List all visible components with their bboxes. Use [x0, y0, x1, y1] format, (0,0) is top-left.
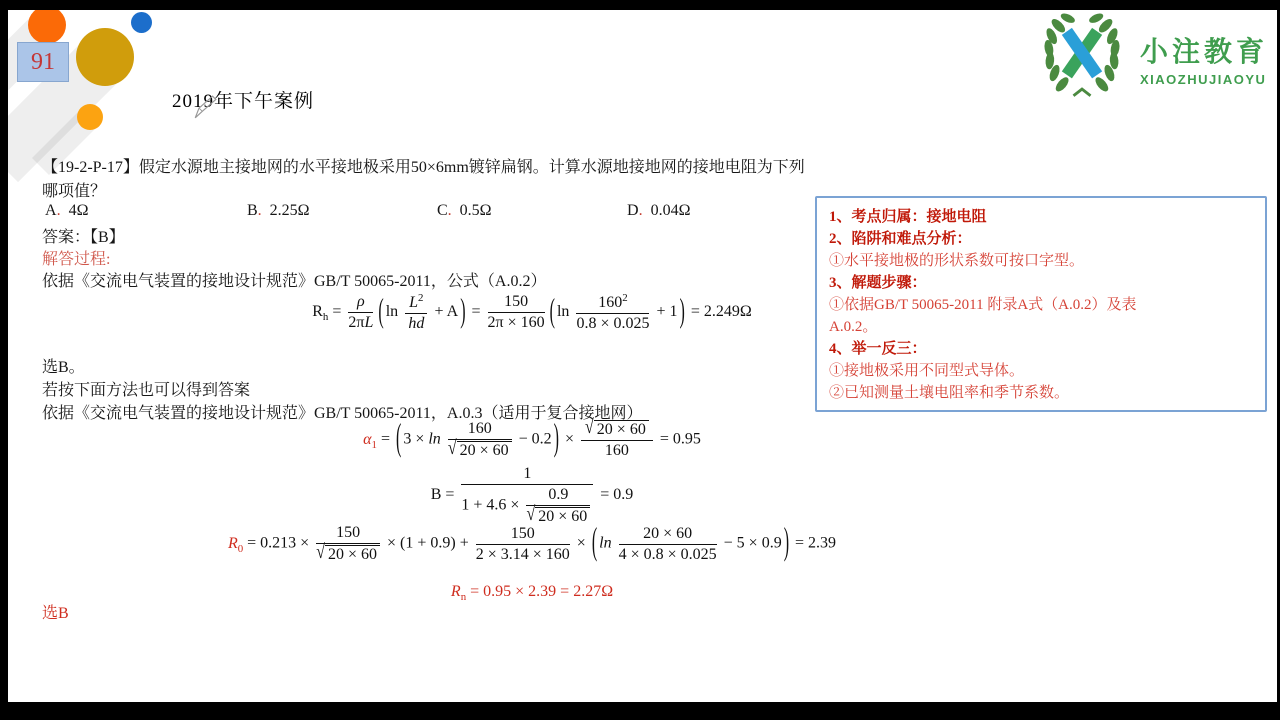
formula-token: = 0.95 × 2.39 = 2.27Ω: [466, 583, 613, 600]
formula-token: L: [409, 294, 418, 311]
note-line: 2、陷阱和难点分析：: [829, 228, 1253, 250]
note-line: 4、举一反三：: [829, 338, 1253, 360]
formula-token: 20 × 60: [460, 442, 509, 459]
formula-token: ln: [386, 303, 402, 320]
formula-r0: R0 = 0.213 × 150√20 × 60 × (1 + 0.9) + 1…: [42, 524, 1022, 564]
wreath-x-logo-icon: [1030, 10, 1134, 107]
note-line: ②已知测量土壤电阻率和季节系数。: [829, 382, 1253, 404]
blue-circle-decoration: [131, 12, 152, 33]
brand-name: 小注教育: [1140, 30, 1268, 70]
formula-token: + A: [430, 303, 458, 320]
note-line: 1、考点归属：接地电阻: [829, 206, 1253, 228]
formula-token: 2π: [348, 314, 364, 331]
brand-text: 小注教育 XIAOZHUJIAOYU: [1140, 30, 1268, 87]
formula-rn: Rn = 0.95 × 2.39 = 2.27Ω: [42, 583, 1022, 603]
option-a: A. 4Ω: [45, 202, 88, 220]
formula-token: (: [378, 294, 383, 332]
formula-token: 0.8 × 0.025: [576, 315, 649, 332]
brand-romanized: XIAOZHUJIAOYU: [1140, 72, 1268, 87]
gold-circle-decoration: [76, 28, 134, 86]
reference-line-1: 依据《交流电气装置的接地设计规范》GB/T 50065-2011，公式（A.0.…: [42, 268, 546, 291]
formula-token: = 0.9: [596, 486, 633, 503]
formula-token: 160√20 × 60: [448, 420, 512, 460]
formula-token: 3 ×: [403, 431, 428, 448]
answer-line: 答案：【B】: [42, 224, 125, 247]
formula-token: ): [680, 294, 685, 332]
formula-token: ): [784, 522, 789, 565]
note-line: ①接地极采用不同型式导体。: [829, 360, 1253, 382]
note-line: A.0.2。: [829, 316, 1253, 338]
formula-token: =: [377, 431, 394, 448]
brand-logo: 小注教育 XIAOZHUJIAOYU: [1030, 12, 1275, 104]
slide-number-badge: 91: [17, 42, 69, 82]
formula-token: 150: [504, 293, 528, 310]
formula-token: 20 × 60: [328, 546, 377, 563]
formula-token: 20 × 604 × 0.8 × 0.025: [619, 525, 717, 564]
formula-token: α: [363, 431, 371, 448]
formula-token: Rn = 0.95 × 2.39 = 2.27Ω: [451, 583, 613, 600]
formula-token: L2hd: [405, 292, 427, 333]
formula-token: 150: [511, 525, 535, 542]
formula-token: L: [364, 314, 373, 331]
formula-token: 0.9: [548, 486, 568, 503]
formula-token: (: [396, 418, 401, 461]
alt-method-line: 若按下面方法也可以得到答案: [42, 377, 250, 400]
key-points-box: 1、考点归属：接地电阻2、陷阱和难点分析：①水平接地极的形状系数可按口字型。3、…: [815, 196, 1267, 412]
formula-token: ρ2πL: [348, 293, 373, 332]
formula-token: 1502 × 3.14 × 160: [476, 525, 570, 564]
formula-token: 16020.8 × 0.025: [576, 292, 649, 333]
option-b: B. 2.25Ω: [247, 202, 310, 220]
orange-circle-decoration: [28, 10, 66, 44]
formula-alpha1: α1 = (3 × ln 160√20 × 60 − 0.2) × √20 × …: [42, 420, 1022, 460]
formula-token: ln: [428, 431, 440, 448]
formula-token: ): [554, 418, 559, 461]
note-line: 3、解题步骤：: [829, 272, 1253, 294]
option-c: C. 0.5Ω: [437, 202, 492, 220]
question-line-1: 【19-2-P-17】假定水源地主接地网的水平接地极采用50×6mm镀锌扁钢。计…: [42, 154, 805, 177]
formula-token: 160: [605, 442, 629, 459]
formula-token: 4 × 0.8 × 0.025: [619, 546, 717, 563]
formula-token: =: [468, 303, 485, 320]
option-d: D. 0.04Ω: [627, 202, 690, 220]
choice-line-1: 选B。: [42, 354, 85, 377]
slide-canvas: 91 2019年下午案例: [8, 10, 1277, 702]
solution-label: 解答过程:: [42, 246, 110, 269]
formula-token: 1: [523, 465, 531, 482]
slide-number: 91: [31, 49, 55, 76]
formula-token: [441, 431, 445, 448]
formula-token: × (1 + 0.9) +: [383, 535, 473, 552]
formula-token: 20 × 60: [643, 525, 692, 542]
formula-token: 160: [598, 294, 622, 311]
formula-token: = 2.249Ω: [687, 303, 752, 320]
formula-token: = 2.39: [791, 535, 836, 552]
formula-token: √20 × 60: [316, 545, 380, 564]
formula-token: − 0.2: [515, 431, 552, 448]
formula-token: 150: [336, 524, 360, 541]
question-line-2: 哪项值？: [42, 178, 106, 201]
formula-token: 11 + 4.6 × 0.9√20 × 60: [461, 465, 593, 526]
formula-token: ×: [573, 535, 590, 552]
formula-token: =: [328, 303, 345, 320]
formula-token: hd: [408, 315, 424, 332]
formula-token: R: [228, 535, 238, 552]
formula-token: 2: [418, 292, 423, 304]
formula-token: 2 × 3.14 × 160: [476, 546, 570, 563]
formula-token: 1502π × 160: [488, 293, 545, 332]
formula-token: R: [312, 303, 323, 320]
formula-token: √20 × 60160: [581, 420, 653, 460]
pen-icon: [192, 94, 218, 125]
formula-token: ×: [561, 431, 578, 448]
formula-token: ): [460, 294, 465, 332]
formula-token: α1: [363, 431, 377, 448]
formula-token: 150√20 × 60: [316, 524, 380, 564]
note-line: ①水平接地极的形状系数可按口字型。: [829, 250, 1253, 272]
formula-token: R0: [228, 535, 243, 552]
formula-token: (: [592, 522, 597, 565]
slide-screenshot: { "frame": {"slide_number": "91"}, "head…: [0, 0, 1280, 720]
formula-token: + 1: [652, 303, 677, 320]
formula-token: 1 + 4.6 ×: [461, 497, 523, 514]
formula-token: − 5 × 0.9: [720, 535, 782, 552]
formula-token: R: [451, 583, 461, 600]
small-orange-circle-decoration: [77, 104, 103, 130]
formula-token: 2: [622, 292, 627, 304]
formula-b: B = 11 + 4.6 × 0.9√20 × 60 = 0.9: [42, 465, 1022, 526]
formula-token: √20 × 60: [448, 441, 512, 460]
formula-token: ρ: [357, 293, 365, 310]
note-line: ①依据GB/T 50065-2011 附录A式（A.0.2）及表: [829, 294, 1253, 316]
formula-token: = 0.95: [656, 431, 701, 448]
formula-token: 160: [468, 420, 492, 437]
formula-token: ln: [557, 303, 573, 320]
formula-token: ln: [599, 535, 611, 552]
formula-token: (: [550, 294, 555, 332]
formula-token: [612, 535, 616, 552]
formula-token: = 0.213 ×: [243, 535, 313, 552]
choice-line-2: 选B: [42, 600, 69, 623]
formula-token: 2π × 160: [488, 314, 545, 331]
formula-token: B =: [431, 486, 459, 503]
formula-token: 20 × 60: [538, 508, 587, 525]
formula-token: 0.9√20 × 60: [526, 486, 590, 526]
formula-token: √20 × 60: [585, 420, 649, 439]
formula-token: 20 × 60: [597, 421, 646, 438]
